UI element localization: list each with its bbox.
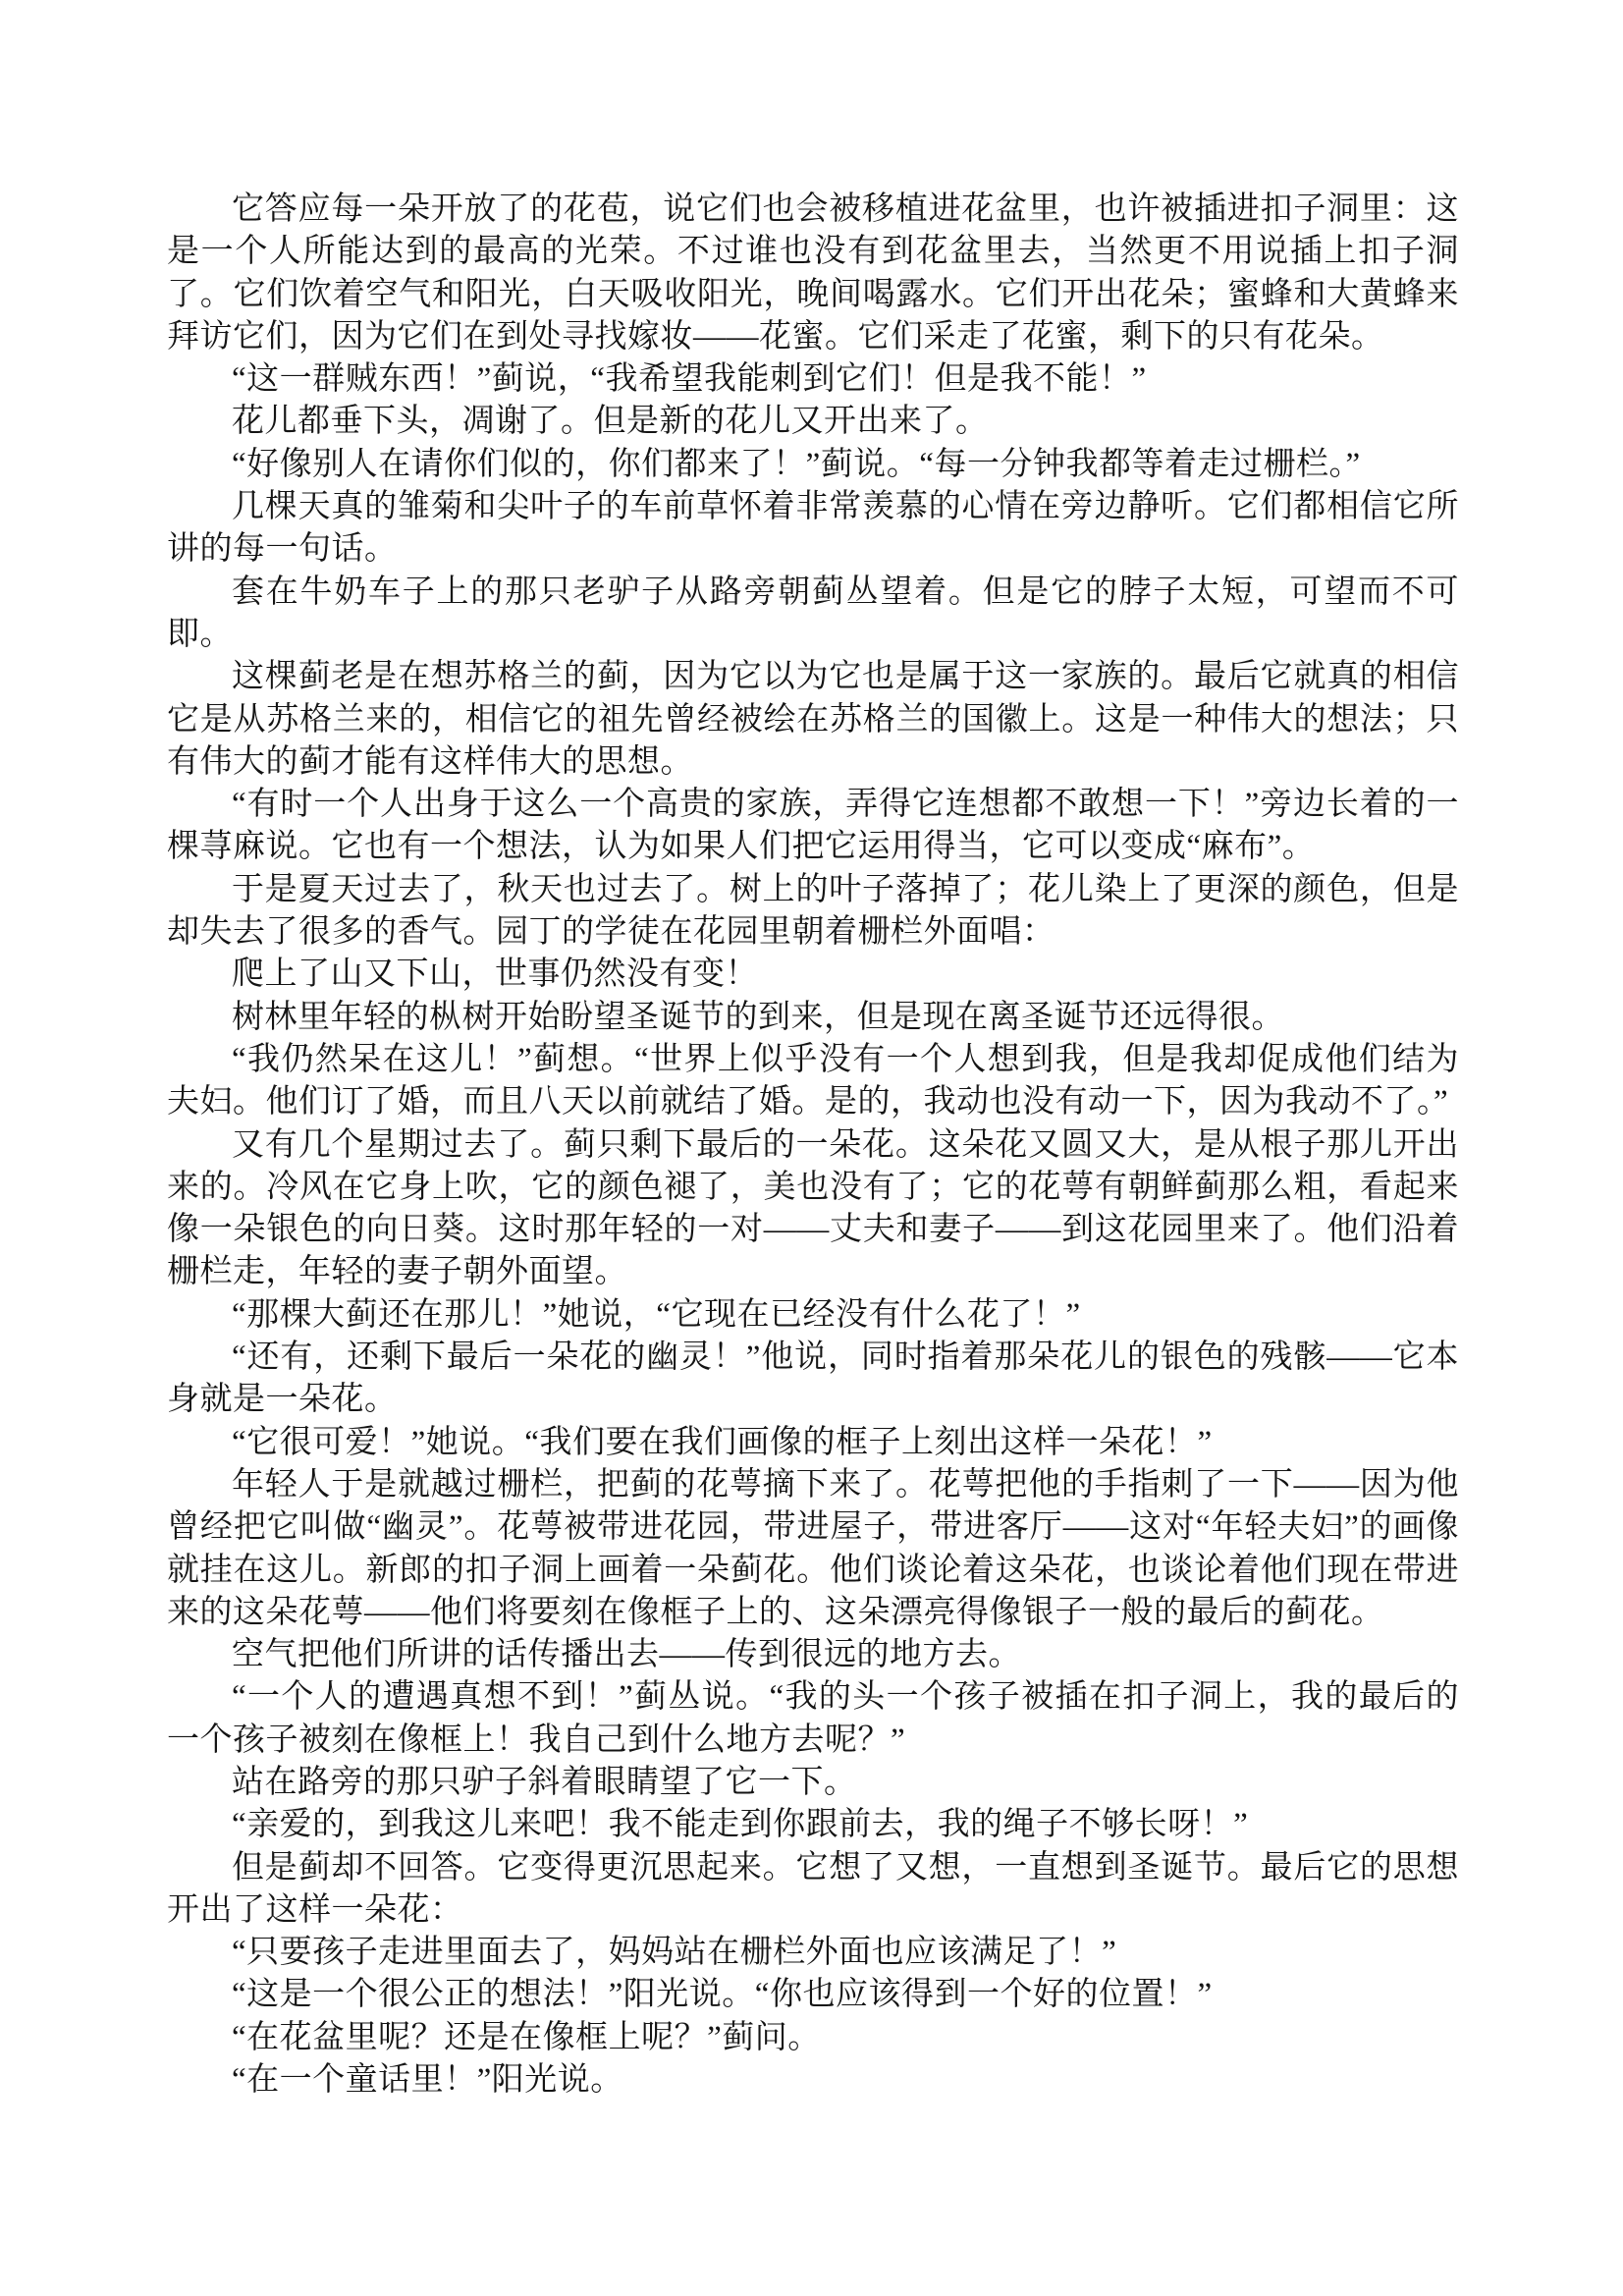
paragraph: “一个人的遭遇真想不到！”蓟丛说。“我的头一个孩子被插在扣子洞上，我的最后的一个… [167,1676,1459,1762]
paragraph-song-line: 爬上了山又下山，世事仍然没有变！ [167,954,1459,996]
document-page: 它答应每一朵开放了的花苞，说它们也会被移植进花盆里，也许被插进扣子洞里：这是一个… [0,0,1623,2296]
paragraph: “还有，还剩下最后一朵花的幽灵！”他说，同时指着那朵花儿的银色的残骸——它本身就… [167,1337,1459,1422]
paragraph: “好像别人在请你们似的，你们都来了！”蓟说。“每一分钟我都等着走过栅栏。” [167,444,1459,486]
paragraph: “我仍然呆在这儿！”蓟想。“世界上似乎没有一个人想到我，但是我却促成他们结为夫妇… [167,1039,1459,1124]
paragraph: 套在牛奶车子上的那只老驴子从路旁朝蓟丛望着。但是它的脖子太短，可望而不可即。 [167,572,1459,657]
paragraph: “在花盆里呢？还是在像框上呢？”蓟问。 [167,2017,1459,2059]
paragraph: “这一群贼东西！”蓟说，“我希望我能刺到它们！但是我不能！” [167,358,1459,401]
paragraph: 于是夏天过去了，秋天也过去了。树上的叶子落掉了；花儿染上了更深的颜色，但是却失去… [167,869,1459,955]
paragraph: 但是蓟却不回答。它变得更沉思起来。它想了又想，一直想到圣诞节。最后它的思想开出了… [167,1847,1459,1933]
paragraph: “亲爱的，到我这儿来吧！我不能走到你跟前去，我的绳子不够长呀！” [167,1804,1459,1846]
paragraph: “它很可爱！”她说。“我们要在我们画像的框子上刻出这样一朵花！” [167,1422,1459,1464]
paragraph: “有时一个人出身于这么一个高贵的家族，弄得它连想都不敢想一下！”旁边长着的一棵荨… [167,784,1459,869]
paragraph: 站在路旁的那只驴子斜着眼睛望了它一下。 [167,1762,1459,1804]
paragraph: “在一个童话里！”阳光说。 [167,2059,1459,2102]
paragraph: 年轻人于是就越过栅栏，把蓟的花萼摘下来了。花萼把他的手指刺了一下——因为他曾经把… [167,1464,1459,1634]
paragraph: 又有几个星期过去了。蓟只剩下最后的一朵花。这朵花又圆又大，是从根子那儿开出来的。… [167,1124,1459,1294]
story-text-block: 它答应每一朵开放了的花苞，说它们也会被移植进花盆里，也许被插进扣子洞里：这是一个… [167,189,1459,2102]
paragraph: “这是一个很公正的想法！”阳光说。“你也应该得到一个好的位置！” [167,1974,1459,2016]
paragraph: 这棵蓟老是在想苏格兰的蓟，因为它以为它也是属于这一家族的。最后它就真的相信它是从… [167,656,1459,784]
paragraph: “那棵大蓟还在那儿！”她说，“它现在已经没有什么花了！” [167,1294,1459,1337]
paragraph: 树林里年轻的枞树开始盼望圣诞节的到来，但是现在离圣诞节还远得很。 [167,997,1459,1039]
paragraph: “只要孩子走进里面去了，妈妈站在栅栏外面也应该满足了！” [167,1932,1459,1974]
paragraph: 花儿都垂下头，凋谢了。但是新的花儿又开出来了。 [167,401,1459,443]
paragraph: 几棵天真的雏菊和尖叶子的车前草怀着非常羡慕的心情在旁边静听。它们都相信它所讲的每… [167,486,1459,572]
paragraph: 它答应每一朵开放了的花苞，说它们也会被移植进花盆里，也许被插进扣子洞里：这是一个… [167,189,1459,358]
paragraph: 空气把他们所讲的话传播出去——传到很远的地方去。 [167,1634,1459,1676]
